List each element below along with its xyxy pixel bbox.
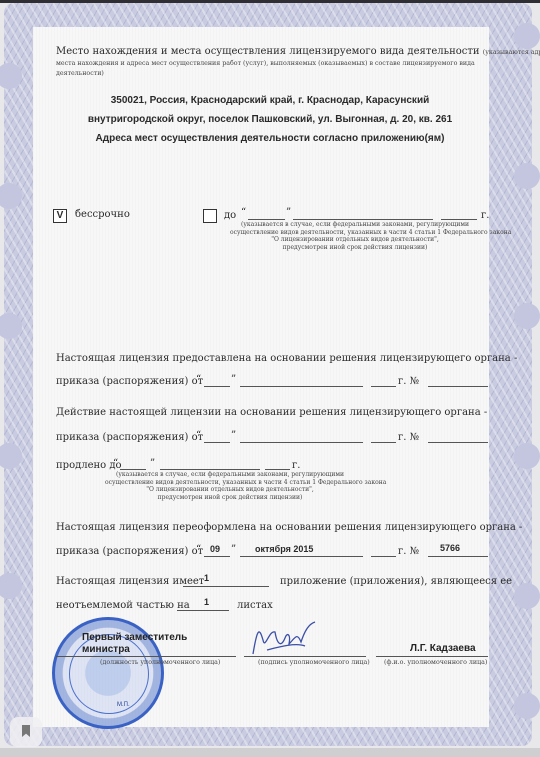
term-note-line: "О лицензировании отдельных видов деятел… bbox=[230, 236, 480, 244]
reissued-month-year: октября 2015 bbox=[255, 544, 313, 554]
granted-order-label: приказа (распоряжения) от bbox=[56, 376, 203, 387]
appendix-sheets-before: неотъемлемой частью на bbox=[56, 600, 190, 611]
name-line bbox=[376, 656, 488, 657]
viewer-bottom-bar bbox=[0, 748, 540, 757]
border-scallop bbox=[514, 693, 540, 719]
stamp-label: М.П. bbox=[117, 702, 130, 708]
until-checkbox[interactable] bbox=[203, 209, 217, 223]
until-month-line bbox=[293, 219, 433, 220]
reissued-number-line bbox=[428, 556, 488, 557]
extended-note-line: осуществление видов деятельности, указан… bbox=[105, 479, 355, 487]
reissued-order-label: приказа (распоряжения) от bbox=[56, 546, 203, 557]
bookmark-button[interactable] bbox=[10, 717, 42, 747]
reissued-day: 09 bbox=[210, 544, 220, 554]
extended-note-line: "О лицензировании отдельных видов деятел… bbox=[105, 486, 355, 494]
extended-until-day-line bbox=[120, 469, 146, 470]
until-year-suffix: г. bbox=[481, 210, 489, 221]
granted-year-line bbox=[371, 386, 396, 387]
signer-position: Первый заместитель министра bbox=[82, 632, 187, 656]
reissued-year-suffix: г. № bbox=[398, 546, 419, 557]
bookmark-icon bbox=[22, 725, 30, 737]
term-note: (указывается в случае, если федеральными… bbox=[230, 221, 480, 251]
location-heading: Место нахождения и места осуществления л… bbox=[56, 46, 540, 57]
extended-month-line bbox=[240, 442, 363, 443]
position-caption: (должность уполномоченного лица) bbox=[100, 659, 220, 666]
indefinite-label: бессрочно bbox=[75, 209, 130, 220]
border-scallop bbox=[514, 583, 540, 609]
extended-number-line bbox=[428, 442, 488, 443]
signer-position-line: министра bbox=[82, 644, 187, 656]
term-note-line: предусмотрен иной срок действия лицензии… bbox=[230, 244, 480, 252]
border-scallop bbox=[0, 443, 22, 469]
granted-month-line bbox=[240, 386, 363, 387]
until-label: до bbox=[224, 210, 236, 221]
term-note-line: (указывается в случае, если федеральными… bbox=[230, 221, 480, 229]
reissued-day-line bbox=[204, 556, 230, 557]
reissued-year-line bbox=[371, 556, 396, 557]
location-heading-text: Место нахождения и места осуществления л… bbox=[56, 46, 480, 57]
border-scallop bbox=[514, 443, 540, 469]
signature-line bbox=[244, 656, 366, 657]
appendix-sheets: 1 bbox=[204, 597, 209, 607]
extended-note-line: предусмотрен иной срок действия лицензии… bbox=[105, 494, 355, 502]
granted-number-line bbox=[428, 386, 488, 387]
border-scallop bbox=[0, 313, 22, 339]
border-scallop bbox=[514, 303, 540, 329]
extended-until-suffix: г. bbox=[292, 460, 300, 471]
reissued-month-line bbox=[240, 556, 363, 557]
appendix-text-after: приложение (приложения), являющееся ее bbox=[280, 576, 512, 587]
extended-text: Действие настоящей лицензии на основании… bbox=[56, 407, 487, 418]
appendix-sheets-line bbox=[177, 610, 229, 611]
extended-year-line bbox=[371, 442, 396, 443]
address-line-1: 350021, Россия, Краснодарский край, г. К… bbox=[0, 95, 540, 106]
appendix-count: 1 bbox=[204, 573, 209, 583]
address-line-3: Адреса мест осуществления деятельности с… bbox=[0, 133, 540, 144]
extended-until-month-line bbox=[160, 469, 260, 470]
term-note-line: осуществление видов деятельности, указан… bbox=[230, 229, 480, 237]
appendix-sheets-after: листах bbox=[237, 600, 273, 611]
reissued-number: 5766 bbox=[440, 543, 460, 553]
signer-name: Л.Г. Кадзаева bbox=[410, 643, 476, 654]
extended-day-line bbox=[204, 442, 230, 443]
extended-year-suffix: г. № bbox=[398, 432, 419, 443]
position-line bbox=[56, 656, 236, 657]
extended-note-line: (указывается в случае, если федеральными… bbox=[105, 471, 355, 479]
appendix-count-line bbox=[183, 586, 269, 587]
extended-until-year-line bbox=[265, 469, 290, 470]
border-scallop bbox=[514, 163, 540, 189]
quote-close: ” bbox=[286, 207, 291, 218]
signer-position-line: Первый заместитель bbox=[82, 632, 187, 644]
border-scallop bbox=[0, 63, 22, 89]
indefinite-checkbox[interactable]: V bbox=[53, 209, 67, 223]
location-note: (указываются адрес bbox=[483, 49, 540, 56]
border-scallop bbox=[0, 183, 22, 209]
granted-year-suffix: г. № bbox=[398, 376, 419, 387]
extended-order-label: приказа (распоряжения) от bbox=[56, 432, 203, 443]
granted-day-line bbox=[204, 386, 230, 387]
until-year-line bbox=[441, 219, 477, 220]
until-day-line bbox=[248, 219, 285, 220]
handwritten-signature bbox=[245, 620, 325, 660]
location-note-3: деятельности) bbox=[56, 70, 104, 77]
quote-open: “ bbox=[241, 207, 246, 218]
name-caption: (ф.и.о. уполномоченного лица) bbox=[384, 659, 487, 666]
location-note-2: места нахождения и адреса мест осуществл… bbox=[56, 60, 475, 67]
extended-until-label: продлено до bbox=[56, 460, 122, 471]
reissued-text: Настоящая лицензия переоформлена на осно… bbox=[56, 522, 522, 533]
extended-note: (указывается в случае, если федеральными… bbox=[105, 471, 355, 501]
signature-caption: (подпись уполномоченного лица) bbox=[258, 659, 370, 666]
granted-text: Настоящая лицензия предоставлена на осно… bbox=[56, 353, 517, 364]
border-scallop bbox=[0, 573, 22, 599]
address-line-2: внутригородской округ, поселок Пашковски… bbox=[0, 114, 540, 125]
